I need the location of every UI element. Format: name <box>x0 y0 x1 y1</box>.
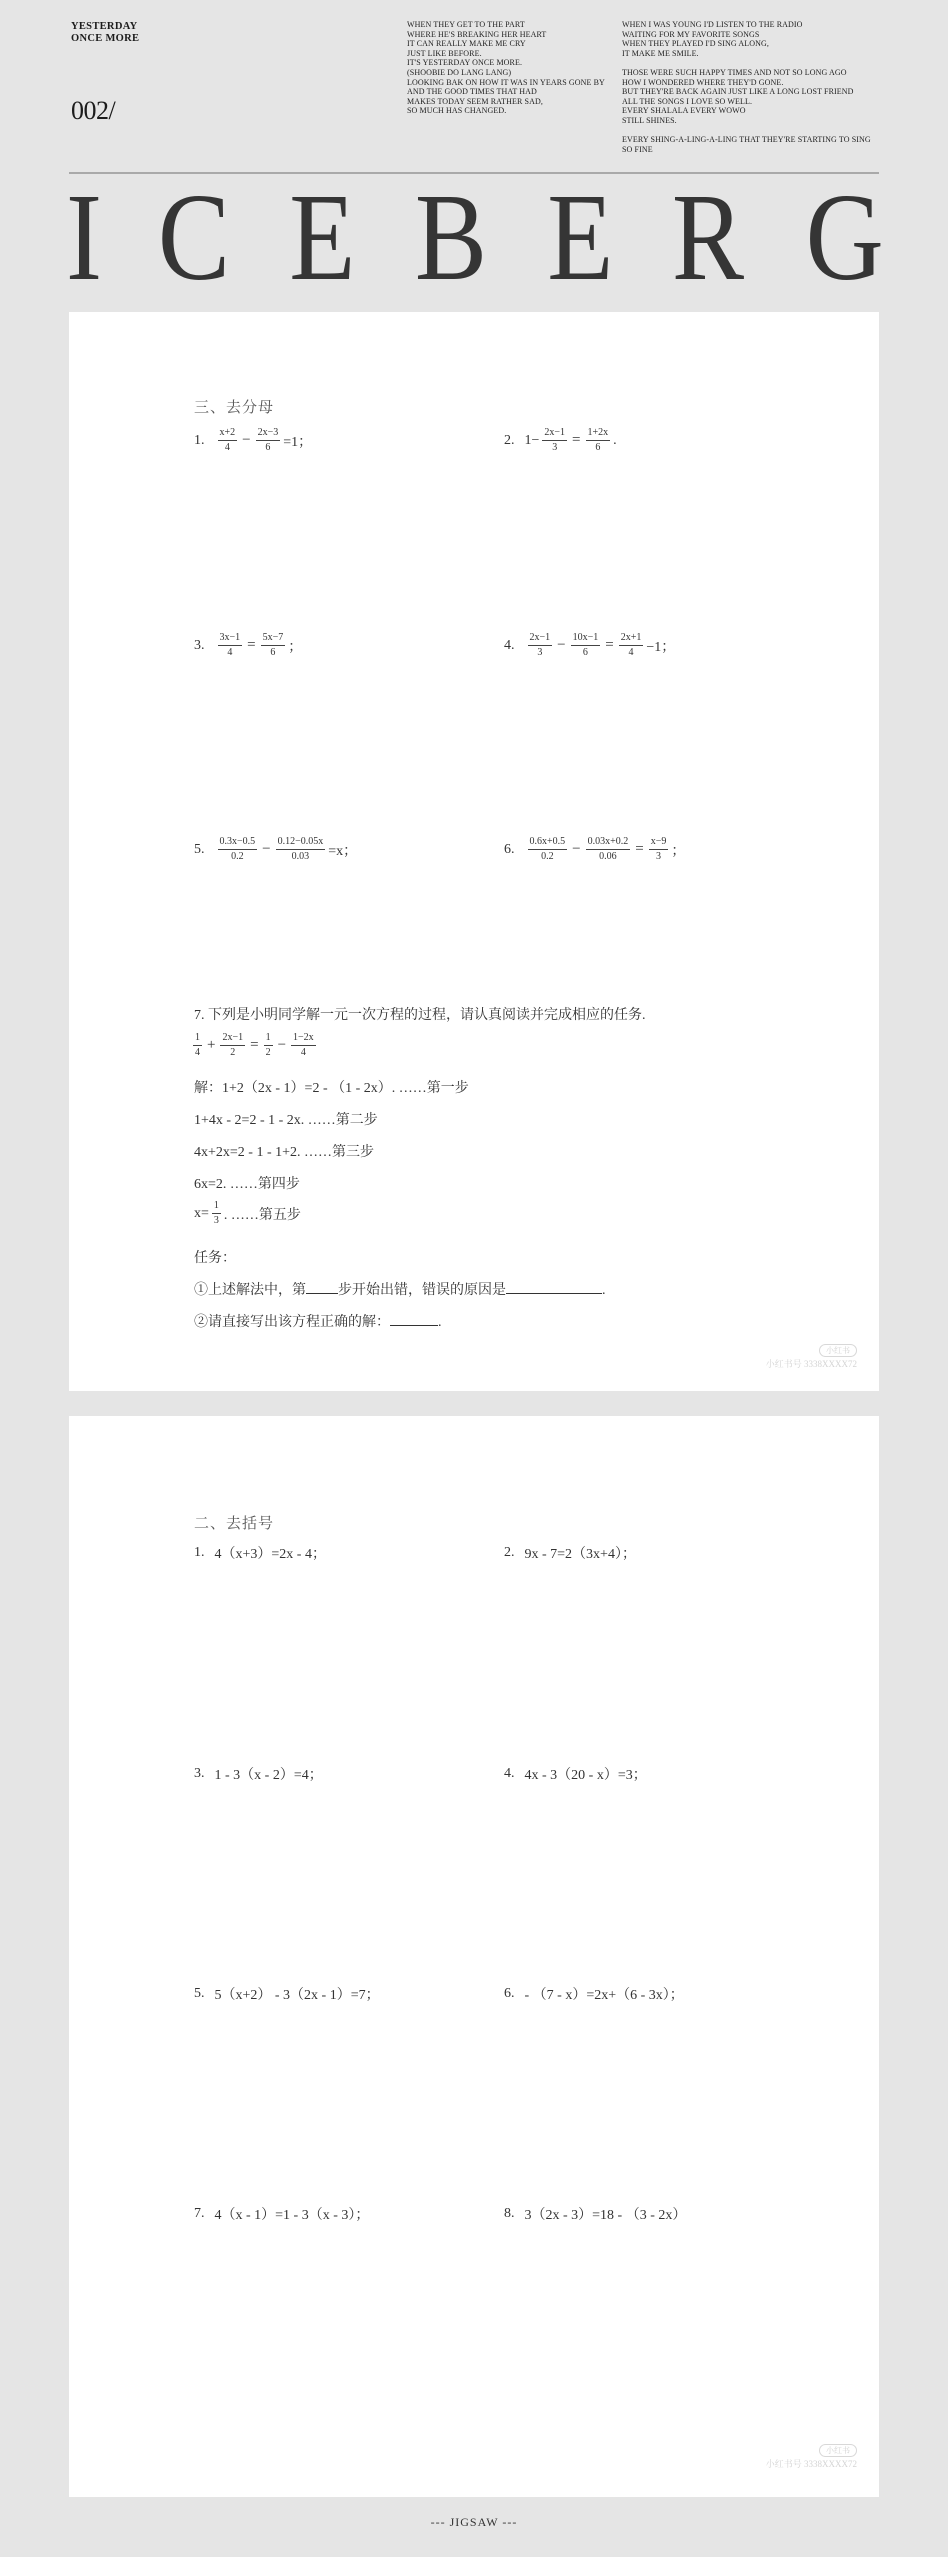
answer-blank[interactable] <box>306 1279 338 1294</box>
header-title-line2: ONCE MORE <box>71 33 139 45</box>
problem-item: 4.4x - 3（20 - x）=3； <box>504 1764 647 1784</box>
fraction: 5x−76 <box>261 632 286 659</box>
footer-caption: --- JIGSAW --- <box>0 2515 948 2530</box>
brand-letter: G <box>805 180 883 294</box>
q7-task-1: ①上述解法中，第步开始出错，错误的原因是. <box>194 1279 606 1299</box>
q7-step-3: 4x+2x=2 - 1 - 1+2. ……第三步 <box>194 1141 374 1161</box>
problem-item: 1. x+24 − 2x−36 =1； <box>194 427 312 454</box>
watermark-badge: 小红书 <box>819 2444 857 2457</box>
q7-equation: 14 + 2x−12 = 12 − 1−2x4 <box>190 1032 319 1059</box>
lyrics-column-1: WHEN THEY GET TO THE PART WHERE HE'S BRE… <box>407 20 605 116</box>
header-title: YESTERDAY ONCE MORE <box>71 21 139 45</box>
fraction: 0.03x+0.20.06 <box>586 836 631 863</box>
section-title: 三、去分母 <box>194 396 274 417</box>
fraction: 0.6x+0.50.2 <box>528 836 568 863</box>
fraction: 2x−36 <box>256 427 281 454</box>
q7-step-1: 解：1+2（2x - 1）=2 - （1 - 2x）. ……第一步 <box>194 1077 469 1097</box>
watermark-text: 小红书号 3338XXXX72 <box>766 2457 857 2470</box>
problem-item: 2. 1− 2x−13 = 1+2x6 . <box>504 427 617 454</box>
fraction: 0.12−0.05x0.03 <box>276 836 326 863</box>
fraction: 2x−13 <box>528 632 553 659</box>
problem-item: 5.5（x+2） - 3（2x - 1）=7； <box>194 1984 380 2004</box>
problem-item: 1.4（x+3）=2x - 4； <box>194 1543 326 1563</box>
q7-task-label: 任务： <box>194 1247 236 1267</box>
brand-letter: C <box>158 180 230 294</box>
watermark-badge: 小红书 <box>819 1344 857 1357</box>
watermark: 小红书 小红书号 3338XXXX72 <box>766 2444 857 2470</box>
problem-item: 2.9x - 7=2（3x+4）； <box>504 1543 636 1563</box>
brand-letter: R <box>672 180 744 294</box>
problem-item: 6. - （7 - x）=2x+（6 - 3x）； <box>504 1984 684 2004</box>
fraction: x−93 <box>649 836 669 863</box>
problem-item: 7.4（x - 1）=1 - 3（x - 3）； <box>194 2204 369 2224</box>
page-number: 002/ <box>71 96 115 126</box>
q7-step-4: 6x=2. ……第四步 <box>194 1173 300 1193</box>
q7-step-2: 1+4x - 2=2 - 1 - 2x. ……第二步 <box>194 1109 378 1129</box>
problem-item: 3.1 - 3（x - 2）=4； <box>194 1764 323 1784</box>
problem-item: 4. 2x−13 − 10x−16 = 2x+14 −1； <box>504 632 675 659</box>
q7-prompt: 7. 下列是小明同学解一元一次方程的过程，请认真阅读并完成相应的任务. <box>194 1004 646 1024</box>
lyrics-column-2: WHEN I WAS YOUNG I'D LISTEN TO THE RADIO… <box>622 20 871 154</box>
problem-item: 3. 3x−14 = 5x−76 ； <box>194 632 302 659</box>
worksheet-page-2: 二、去括号 1.4（x+3）=2x - 4； 2.9x - 7=2（3x+4）；… <box>69 1416 879 2497</box>
worksheet-page-1: 三、去分母 1. x+24 − 2x−36 =1； 2. 1− 2x−13 = … <box>69 312 879 1391</box>
answer-blank[interactable] <box>390 1311 438 1326</box>
brand-letter: I <box>66 180 102 294</box>
fraction: 0.3x−0.50.2 <box>218 836 258 863</box>
problem-item: 5. 0.3x−0.50.2 − 0.12−0.05x0.03 =x； <box>194 836 357 863</box>
brand-wordmark: I C E B E R G <box>62 180 892 294</box>
problem-item: 6. 0.6x+0.50.2 − 0.03x+0.20.06 = x−93 ； <box>504 836 685 863</box>
q7-task-2: ②请直接写出该方程正确的解：. <box>194 1311 442 1331</box>
problem-item: 8.3（2x - 3）=18 - （3 - 2x） <box>504 2204 686 2224</box>
answer-blank[interactable] <box>506 1279 602 1294</box>
fraction: x+24 <box>218 427 238 454</box>
brand-letter: E <box>547 180 613 294</box>
header-title-line1: YESTERDAY <box>71 21 139 33</box>
watermark: 小红书 小红书号 3338XXXX72 <box>766 1344 857 1370</box>
fraction: 2x+14 <box>619 632 644 659</box>
watermark-text: 小红书号 3338XXXX72 <box>766 1357 857 1370</box>
q7-step-5: x= 13 . ……第五步 <box>194 1200 301 1227</box>
fraction: 2x−13 <box>542 427 567 454</box>
brand-letter: E <box>290 180 356 294</box>
section-title: 二、去括号 <box>194 1512 274 1533</box>
brand-letter: B <box>415 180 487 294</box>
fraction: 1+2x6 <box>586 427 611 454</box>
fraction: 10x−16 <box>571 632 601 659</box>
fraction: 3x−14 <box>218 632 243 659</box>
